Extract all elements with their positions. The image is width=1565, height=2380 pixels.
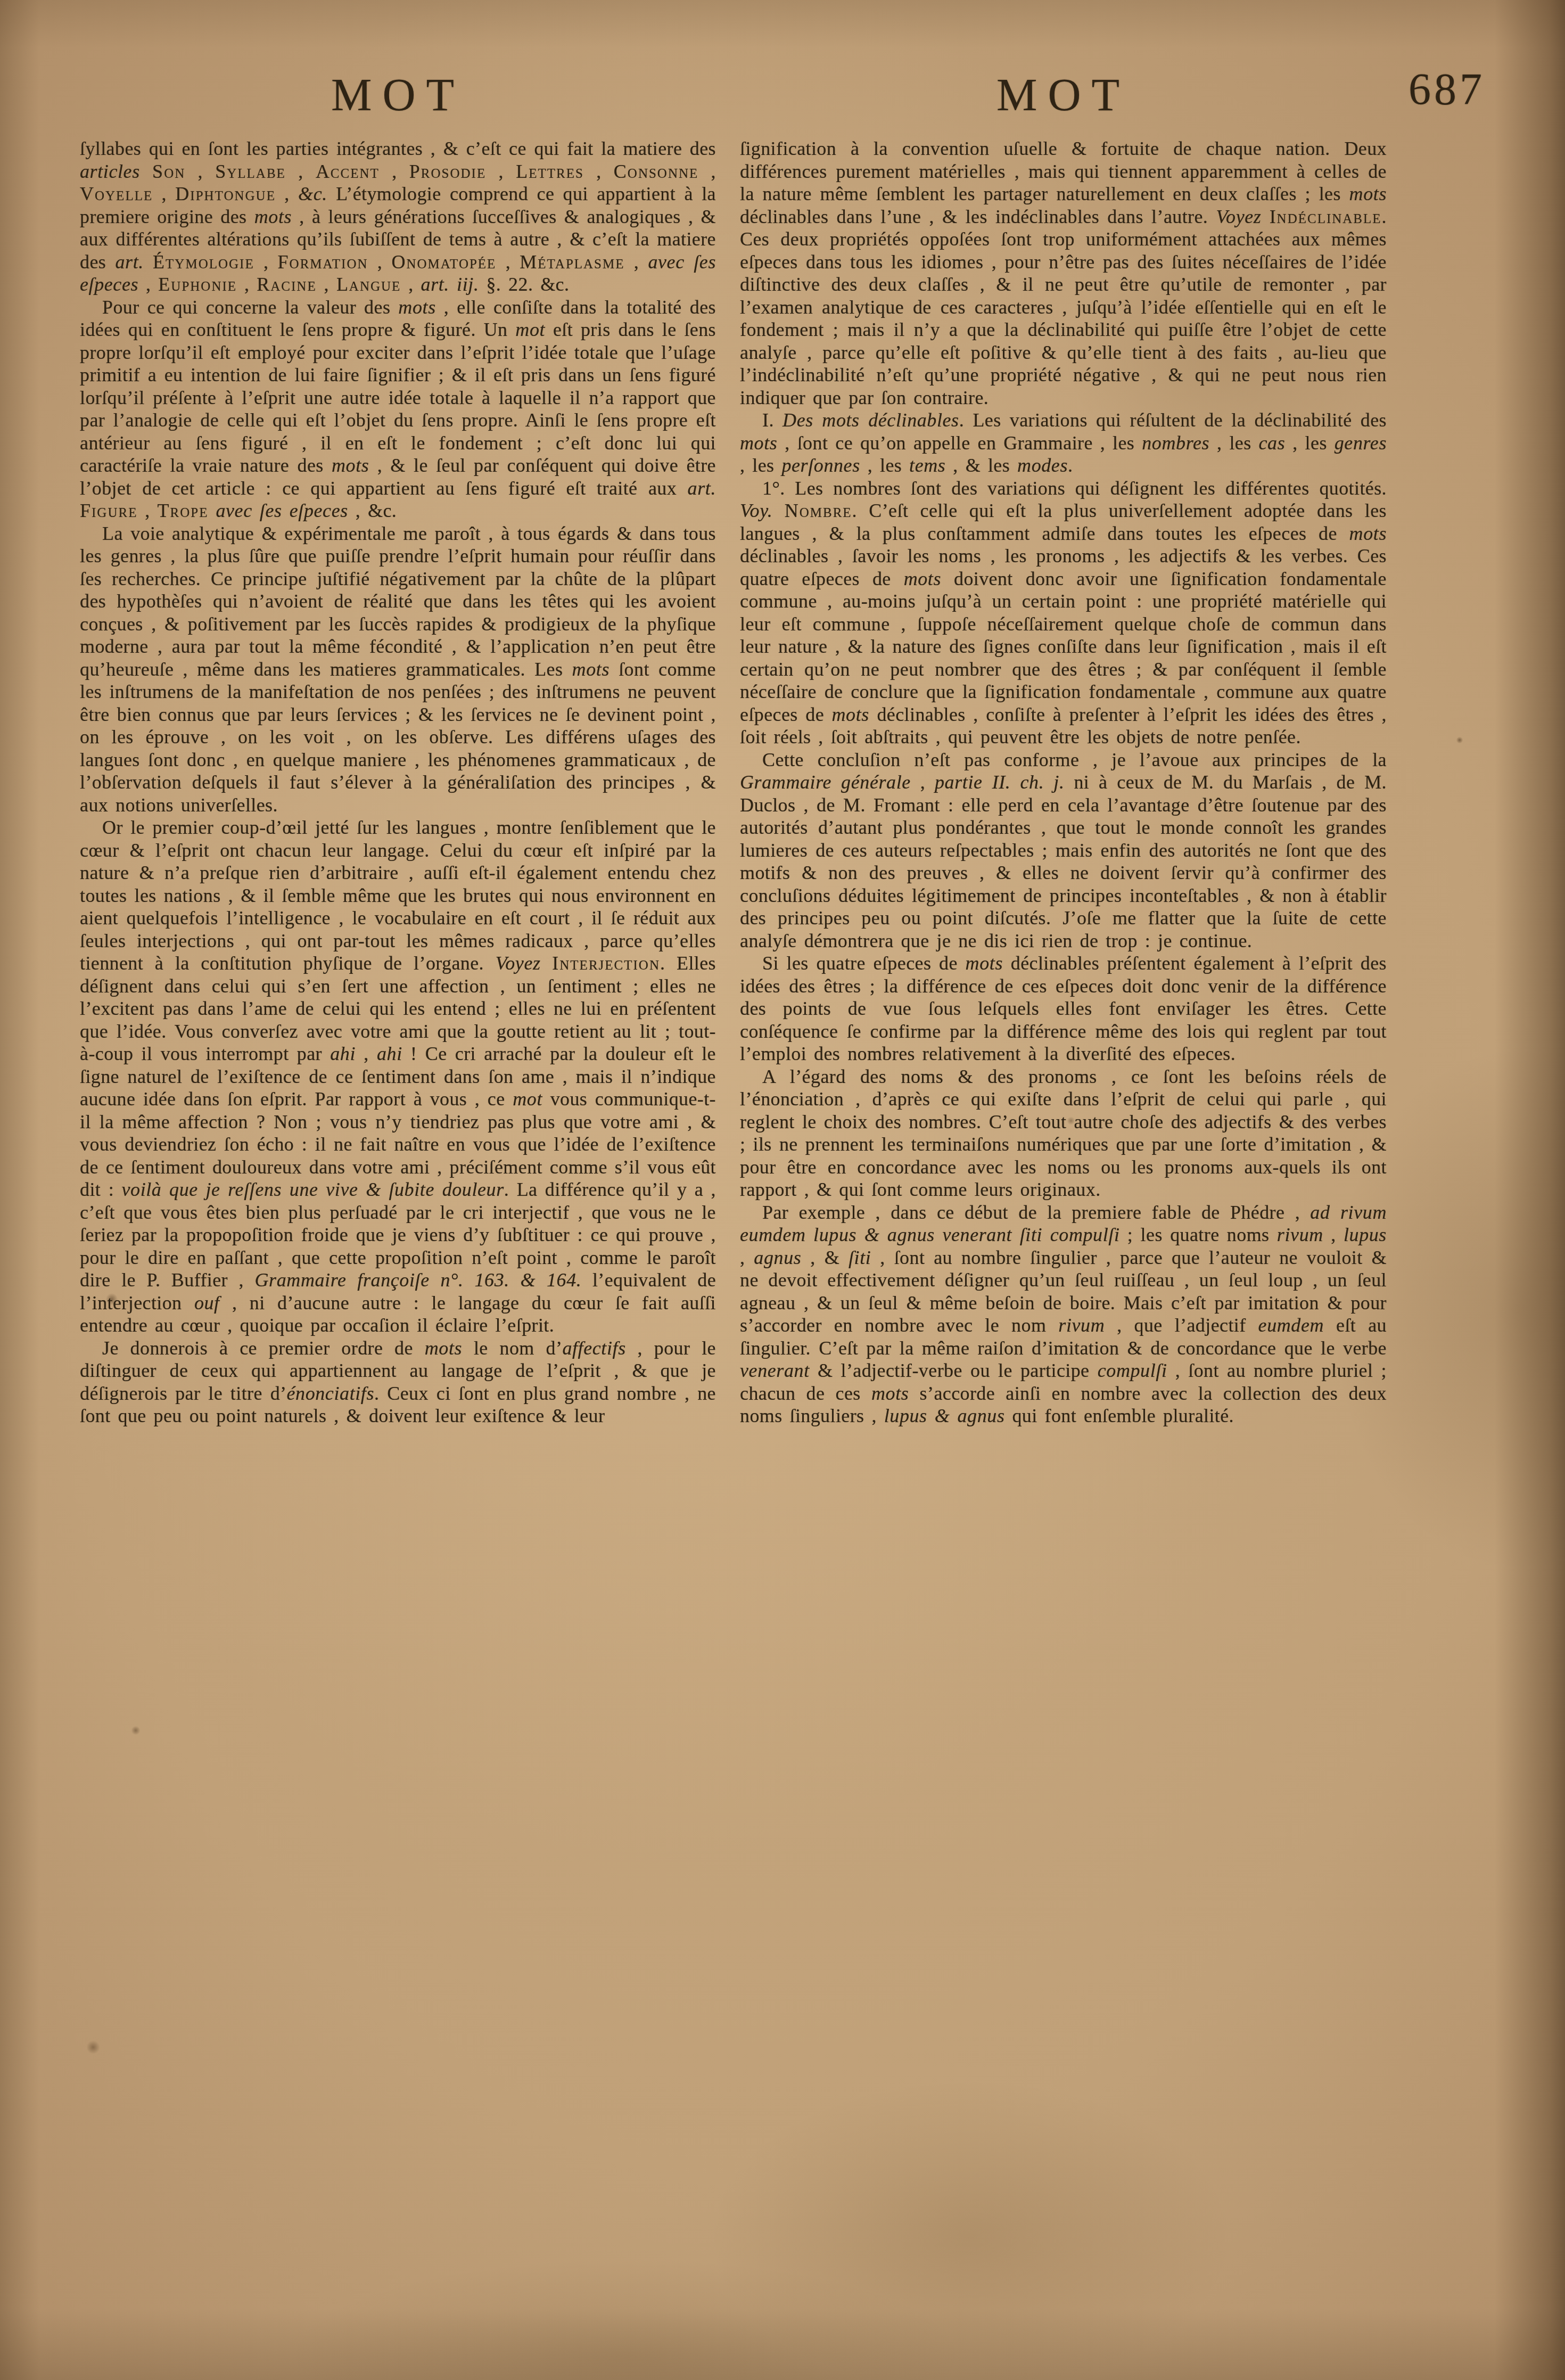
paragraph: A l’égard des noms & des pronoms , ce ſo… xyxy=(740,1065,1387,1201)
left-column: ſyllabes qui en ſont les parties intégra… xyxy=(80,137,716,1427)
paragraph: ſyllabes qui en ſont les parties intégra… xyxy=(80,137,716,296)
page-number: 687 xyxy=(1408,64,1485,116)
paragraph: Par exemple , dans ce début de la premie… xyxy=(740,1201,1387,1427)
paragraph: Cette concluſion n’eſt pas conforme , je… xyxy=(740,749,1387,953)
paragraph: I. Des mots déclinables. Les variations … xyxy=(740,409,1387,477)
paragraph: Je donnerois à ce premier ordre de mots … xyxy=(80,1337,716,1427)
text-columns: ſyllabes qui en ſont les parties intégra… xyxy=(80,137,1387,1427)
paragraph: Si les quatre eſpeces de mots déclinable… xyxy=(740,952,1387,1065)
paragraph: Or le premier coup-d’œil jetté ſur les l… xyxy=(80,816,716,1337)
paragraph: ſignification à la convention uſuelle & … xyxy=(740,137,1387,409)
running-head-left: MOT xyxy=(80,68,716,132)
paragraph: Pour ce qui concerne la valeur des mots … xyxy=(80,296,716,522)
paragraph: 1°. Les nombres ſont des variations qui … xyxy=(740,477,1387,749)
paragraph: La voie analytique & expérimentale me pa… xyxy=(80,522,716,817)
right-column: ſignification à la convention uſuelle & … xyxy=(740,137,1387,1427)
scanned-book-page: MOT MOT 687 ſyllabes qui en ſont les par… xyxy=(0,0,1565,2380)
running-head-right: MOT xyxy=(740,68,1387,132)
